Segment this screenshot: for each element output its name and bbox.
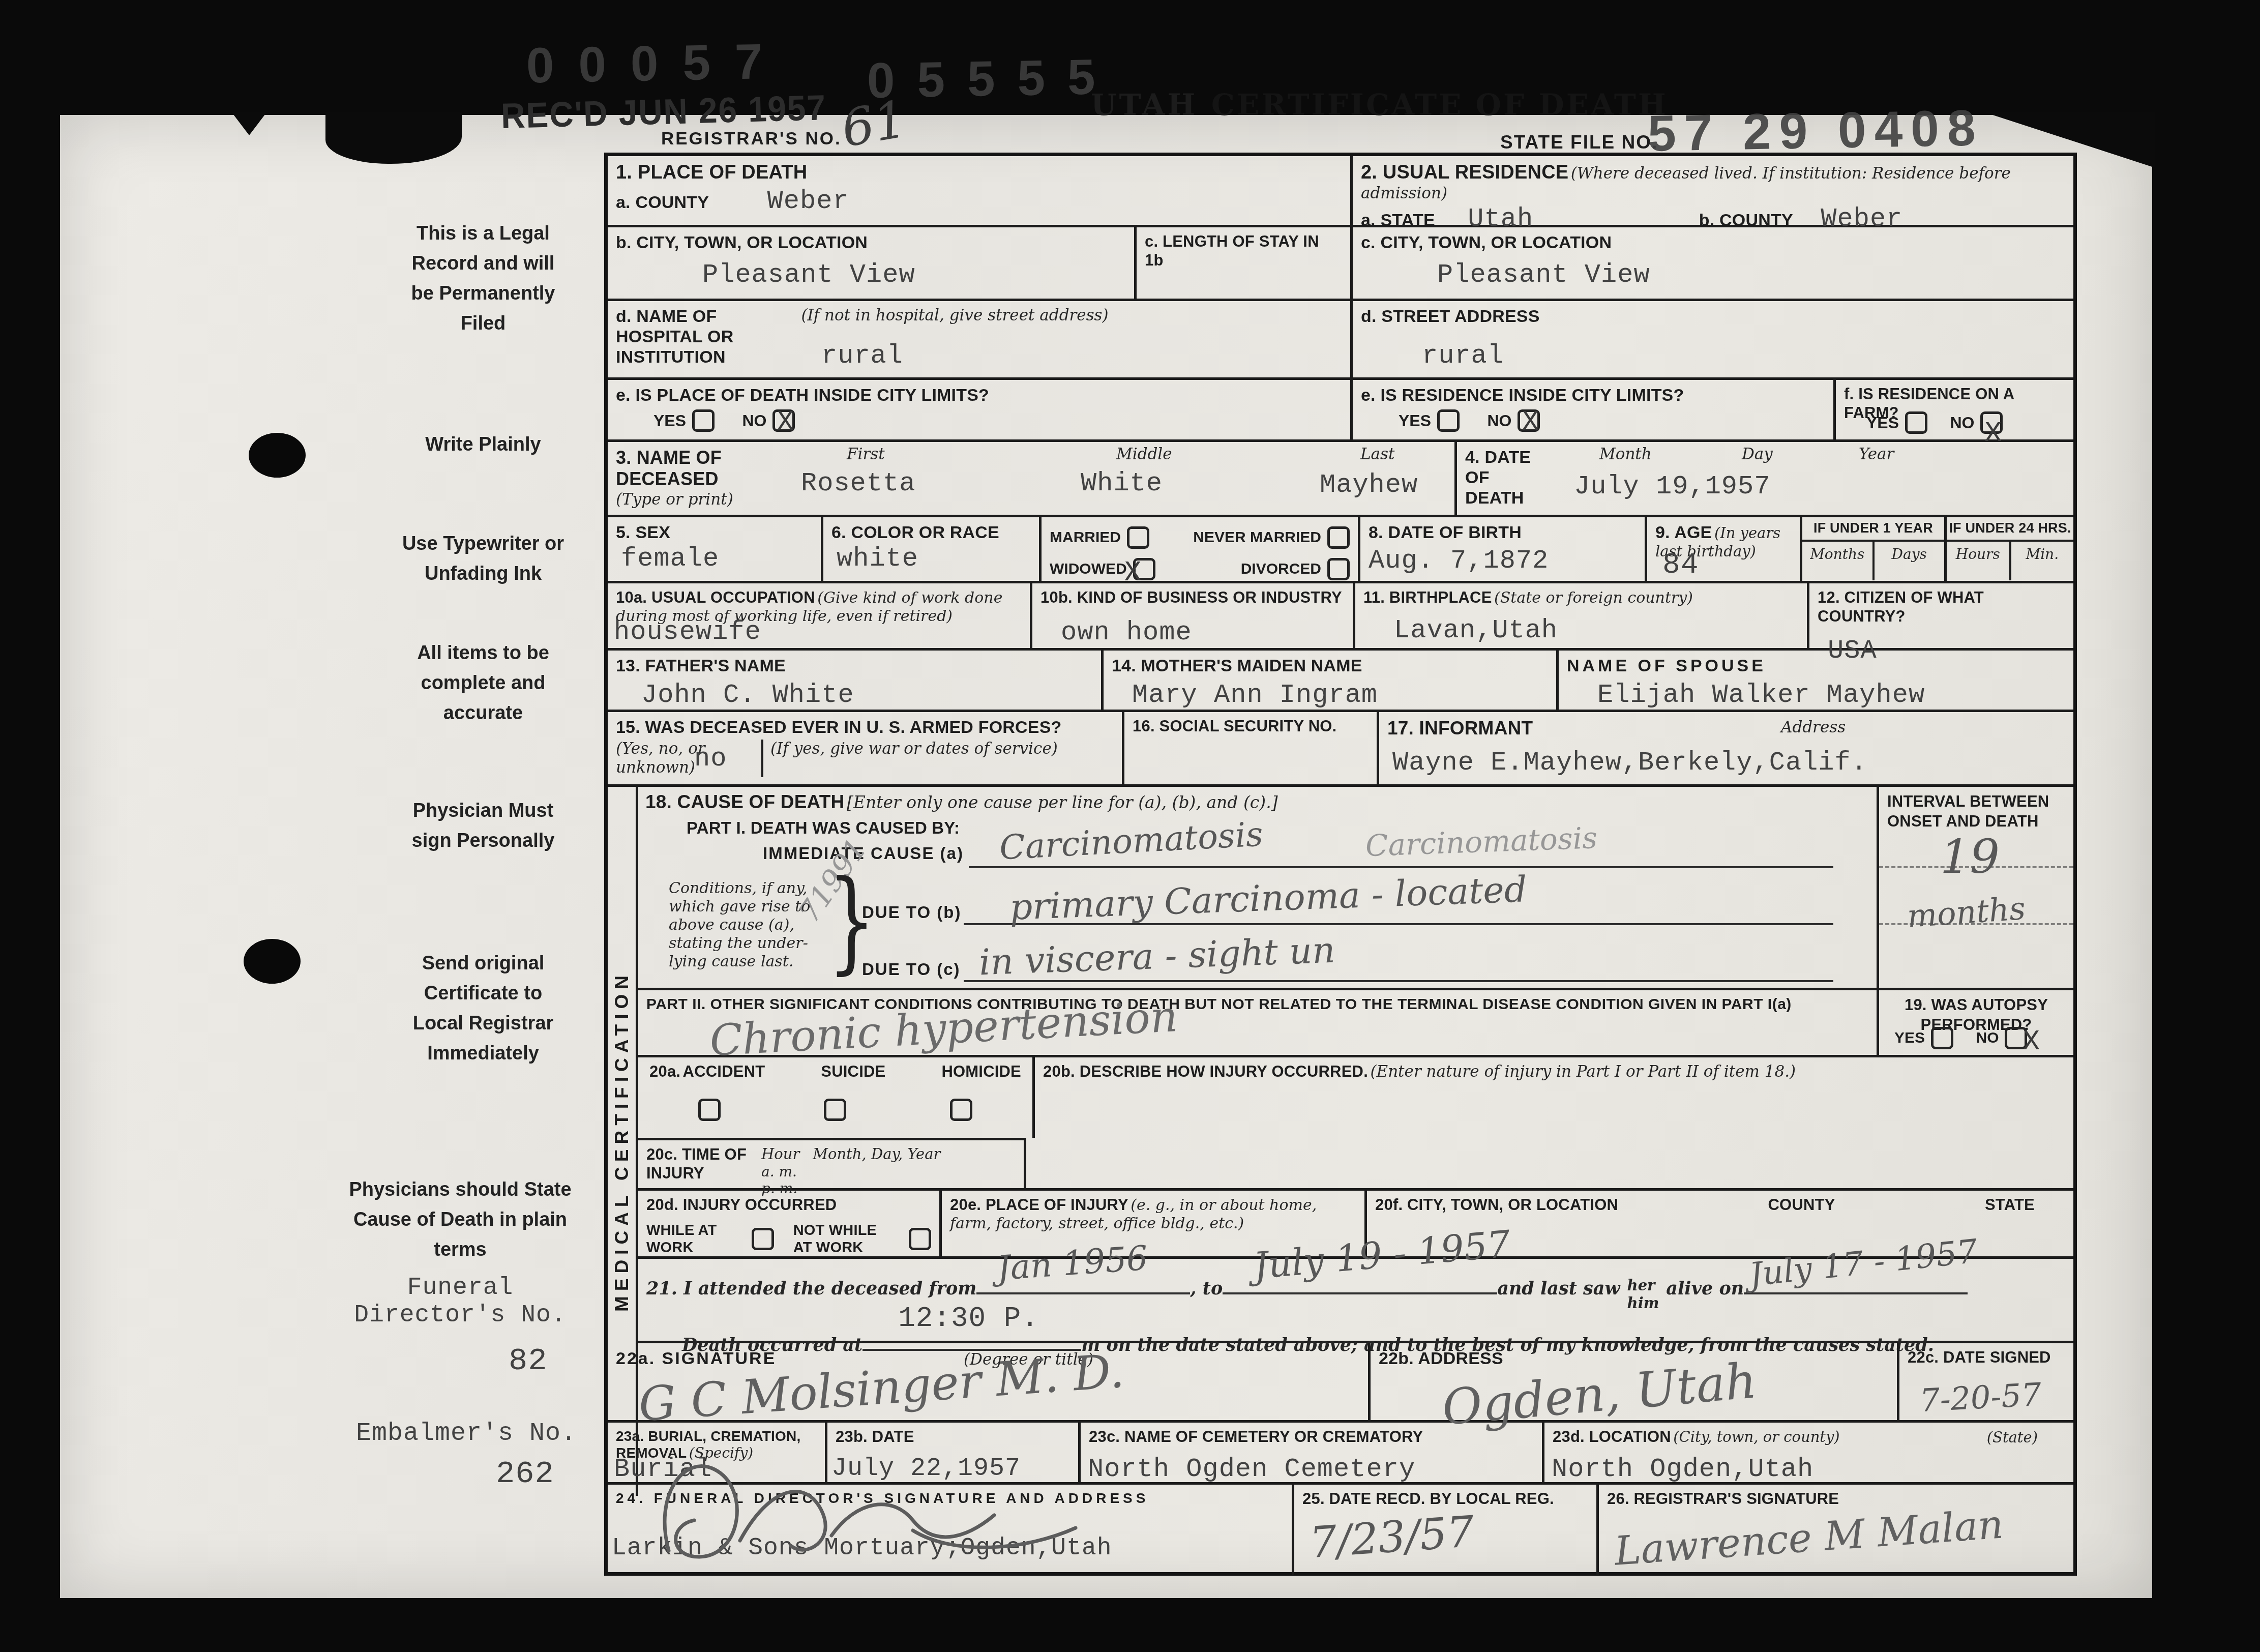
- hospital-value: rural: [821, 341, 903, 371]
- field-age-under-1-year: IF UNDER 1 YEAR Months Days: [1802, 517, 1947, 581]
- sex-label: 5. SEX: [616, 522, 813, 543]
- forces-value: no: [694, 744, 727, 774]
- row-time-of-injury: 20c. TIME OF INJURY Hour a. m. p. m. Mon…: [638, 1138, 2073, 1191]
- row-cause-of-death: 18. CAUSE OF DEATH [Enter only one cause…: [638, 787, 2073, 990]
- injury-c-label: 20c. TIME OF INJURY: [646, 1145, 748, 1197]
- no-label: NO: [1950, 414, 1974, 432]
- married-checkbox: [1127, 526, 1149, 549]
- mother-label: 14. MOTHER'S MAIDEN NAME: [1112, 656, 1548, 676]
- homicide-label: HOMICIDE: [941, 1063, 1021, 1081]
- field-hospital: d. NAME OF HOSPITAL OR INSTITUTION (If n…: [608, 301, 1353, 377]
- field-place-city: b. CITY, TOWN, OR LOCATION Pleasant View: [608, 227, 1137, 299]
- suicide-label: SUICIDE: [821, 1063, 885, 1081]
- place-county-label: a. COUNTY: [616, 193, 709, 212]
- margin-note-send-original: Send original Certificate to Local Regis…: [402, 949, 564, 1069]
- sex-value: female: [621, 544, 813, 574]
- race-label: 6. COLOR OR RACE: [831, 522, 1031, 543]
- business-label: 10b. KIND OF BUSINESS OR INDUSTRY: [1040, 588, 1345, 607]
- registrar-no-label: REGISTRAR'S NO.: [661, 128, 842, 149]
- embalmers-no-value: 262: [496, 1456, 554, 1492]
- x-mark: X: [777, 406, 794, 438]
- row-burial: 23a. BURIAL, CREMATION, REMOVAL (Specify…: [608, 1423, 2073, 1485]
- name-note: (Type or print): [616, 490, 768, 509]
- days-label: Days: [1875, 542, 1945, 580]
- forces-note2: (If yes, give war or dates of service): [763, 740, 1058, 777]
- field-cemetery: 23c. NAME OF CEMETERY OR CREMATORY North…: [1081, 1423, 1544, 1482]
- field-color-or-race: 6. COLOR OR RACE white: [823, 517, 1042, 581]
- residence-limits-yes-checkbox: [1437, 409, 1460, 432]
- field-describe-injury: 20b. DESCRIBE HOW INJURY OCCURRED. (Ente…: [1035, 1057, 2073, 1138]
- field-sex: 5. SEX female: [608, 517, 823, 581]
- mother-value: Mary Ann Ingram: [1132, 680, 1548, 710]
- occupation-value: housewife: [614, 617, 761, 647]
- row-part2-autopsy: PART II. OTHER SIGNIFICANT CONDITIONS CO…: [638, 990, 2073, 1057]
- death-date-day: Day: [1742, 445, 1773, 464]
- yes-label: YES: [1866, 414, 1899, 432]
- first-name-value: Rosetta: [801, 468, 915, 498]
- residence-city-value: Pleasant View: [1437, 260, 2065, 290]
- cemetery-value: North Ogden Cemetery: [1088, 1454, 1415, 1484]
- birthplace-label: 11. BIRTHPLACE: [1363, 588, 1492, 606]
- date-signed-label: 22c. DATE SIGNED: [1908, 1348, 2065, 1367]
- signature-label: 22a. SIGNATURE: [616, 1349, 776, 1368]
- autopsy-yes-checkbox: [1931, 1027, 1953, 1049]
- name-title: 3. NAME OF DECEASED: [616, 447, 768, 490]
- funeral-directors-no-value: 82: [509, 1343, 547, 1379]
- occupation-label: 10a. USUAL OCCUPATION: [616, 588, 815, 606]
- cemetery-location-note: (City, town, or county): [1673, 1428, 1839, 1445]
- field-date-of-death: 4. DATE OF DEATH Month Day Year July 19,…: [1457, 442, 2073, 515]
- field-date-received: 25. DATE RECD. BY LOCAL REG. 7/23/57: [1294, 1485, 1599, 1575]
- yes-label: YES: [1399, 411, 1431, 430]
- field-length-of-stay: c. LENGTH OF STAY IN 1b: [1137, 227, 1353, 299]
- field-accident-suicide-homicide: 20a. ACCIDENT SUICIDE HOMICIDE: [638, 1057, 1035, 1138]
- field-burial-date: 23b. DATE July 22,1957: [827, 1423, 1081, 1482]
- field-place-of-death: 1. PLACE OF DEATH a. COUNTY Weber: [608, 156, 1353, 225]
- burial-value: Burial: [614, 1454, 712, 1484]
- first-name-header: First: [847, 445, 885, 464]
- registrar-signature-value: Lawrence M Malan: [1613, 1501, 2005, 1574]
- street-address-label: d. STREET ADDRESS: [1361, 306, 2065, 327]
- x-mark: X: [1522, 406, 1539, 438]
- field-age-under-24-hrs: IF UNDER 24 HRS. Hours Min.: [1947, 517, 2073, 581]
- farm-yes-checkbox: [1905, 411, 1927, 434]
- not-while-at-work-checkbox: [909, 1228, 931, 1250]
- no-label: NO: [1487, 411, 1511, 430]
- cemetery-location-label: 23d. LOCATION: [1553, 1428, 1671, 1445]
- funeral-director-label: 24. FUNERAL DIRECTOR'S SIGNATURE AND ADD…: [616, 1490, 1284, 1507]
- death-date-month: Month: [1599, 445, 1652, 464]
- place-city-label: b. CITY, TOWN, OR LOCATION: [616, 232, 1126, 253]
- field-burial-type: 23a. BURIAL, CREMATION, REMOVAL (Specify…: [608, 1423, 827, 1482]
- margin-note-typewriter: Use Typewriter or Unfading Ink: [392, 529, 575, 589]
- interval-value-unit: months: [1906, 890, 2027, 935]
- last-name-value: Mayhew: [1320, 470, 1418, 500]
- birth-date-label: 8. DATE OF BIRTH: [1369, 522, 1637, 543]
- margin-note-legal-record: This is a Legal Record and will be Perma…: [402, 219, 564, 339]
- injury-f-label: 20f. CITY, TOWN, OR LOCATION: [1375, 1196, 1618, 1215]
- serial-number-stamp-right: 05555: [867, 48, 1118, 110]
- injury-f-state: STATE: [1985, 1196, 2035, 1215]
- injury-c-hour: Hour: [761, 1145, 799, 1163]
- due-b-label: DUE TO (b): [862, 903, 961, 923]
- death-date-value: July 19,1957: [1574, 471, 1770, 501]
- attended-her: her: [1627, 1277, 1659, 1294]
- never-married-label: NEVER MARRIED: [1193, 529, 1321, 546]
- field-residence-farm: f. IS RESIDENCE ON A FARM? YES NOX: [1836, 380, 2073, 439]
- row-funeral-director: 24. FUNERAL DIRECTOR'S SIGNATURE AND ADD…: [608, 1485, 2073, 1575]
- interval-label: INTERVAL BETWEEN ONSET AND DEATH: [1887, 792, 2065, 832]
- injury-d-label: 20d. INJURY OCCURRED: [646, 1196, 931, 1215]
- residence-title: 2. USUAL RESIDENCE: [1361, 162, 1568, 183]
- punch-hole-top: [249, 433, 306, 478]
- field-father: 13. FATHER'S NAME John C. White: [608, 651, 1104, 710]
- while-at-work-checkbox: [752, 1228, 774, 1250]
- field-signature: 22a. SIGNATURE (Degree or title) G C Mol…: [608, 1343, 1371, 1420]
- accident-label: ACCIDENT: [683, 1063, 765, 1080]
- attended-time-value: 12:30 P.: [898, 1302, 1039, 1335]
- place-city-value: Pleasant View: [702, 260, 1126, 290]
- cause-title: 18. CAUSE OF DEATH: [645, 791, 844, 812]
- scanned-death-certificate: This is a Legal Record and will be Perma…: [0, 0, 2260, 1652]
- middle-name-header: Middle: [1116, 445, 1172, 464]
- cause-title-note: [Enter only one cause per line for (a), …: [847, 792, 1278, 812]
- funeral-director-value: Larkin & Sons Mortuary;Ogden,Utah: [612, 1535, 1112, 1562]
- injury-e-label: 20e. PLACE OF INJURY: [950, 1196, 1128, 1214]
- certificate-form: 1. PLACE OF DEATH a. COUNTY Weber 2. USU…: [604, 153, 2077, 1576]
- field-autopsy: 19. WAS AUTOPSY PERFORMED? YES NOX: [1879, 990, 2073, 1055]
- min-label: Min.: [2011, 542, 2074, 580]
- last-name-header: Last: [1360, 445, 1394, 464]
- injury-a-no: 20a.: [649, 1063, 680, 1080]
- ssn-label: 16. SOCIAL SECURITY NO.: [1133, 717, 1369, 736]
- middle-name-value: White: [1081, 468, 1163, 498]
- attended-p1: 21. I attended the deceased from: [646, 1278, 976, 1299]
- under-24-hrs-label: IF UNDER 24 HRS.: [1947, 517, 2073, 542]
- field-usual-residence: 2. USUAL RESIDENCE (Where deceased lived…: [1353, 156, 2073, 225]
- title-utah: UTAH: [1091, 87, 1198, 122]
- field-funeral-director: 24. FUNERAL DIRECTOR'S SIGNATURE AND ADD…: [608, 1485, 1294, 1575]
- due-c-value: in viscera - sight un: [978, 929, 1336, 983]
- accident-checkbox: [698, 1099, 721, 1121]
- row-parents-spouse: 13. FATHER'S NAME John C. White 14. MOTH…: [608, 651, 2073, 712]
- hospital-note: (If not in hospital, give street address…: [801, 306, 1108, 324]
- months-label: Months: [1802, 542, 1875, 580]
- divorced-checkbox: [1327, 558, 1350, 580]
- forces-note1: (Yes, no, or unknown): [616, 740, 763, 777]
- spouse-value: Elijah Walker Mayhew: [1597, 680, 2065, 710]
- married-label: MARRIED: [1050, 529, 1121, 546]
- attended-p4: alive on: [1666, 1278, 1744, 1299]
- place-title: 1. PLACE OF DEATH: [616, 161, 1342, 184]
- age-value: 84: [1662, 549, 1699, 582]
- serial-number-stamp-left: 00057: [526, 33, 787, 95]
- field-date-of-birth: 8. DATE OF BIRTH Aug. 7,1872: [1360, 517, 1647, 581]
- field-injury-occurred: 20d. INJURY OCCURRED WHILE AT WORK NOT W…: [638, 1191, 942, 1256]
- length-of-stay-label: c. LENGTH OF STAY IN 1b: [1145, 232, 1342, 270]
- residence-limits-no-checkbox: X: [1518, 409, 1540, 432]
- birth-date-value: Aug. 7,1872: [1369, 546, 1637, 576]
- informant-address-label: Address: [1781, 718, 1846, 737]
- certificate-title: UTAH CERTIFICATE OF DEATH: [1091, 87, 1668, 122]
- farm-no-checkbox: X: [1980, 411, 2003, 434]
- father-label: 13. FATHER'S NAME: [616, 656, 1093, 676]
- row-forces-informant: 15. WAS DECEASED EVER IN U. S. ARMED FOR…: [608, 712, 2073, 787]
- punch-hole-bottom: [244, 939, 301, 984]
- cemetery-location-state-note: (State): [1987, 1429, 2038, 1447]
- hours-label: Hours: [1947, 542, 2011, 580]
- immediate-cause-pencil: Carcinomatosis: [1365, 820, 1598, 863]
- attended-him: him: [1627, 1294, 1659, 1312]
- funeral-directors-no-label: Funeral Director's No.: [351, 1274, 570, 1329]
- field-informant: 17. INFORMANT Address Wayne E.Mayhew,Ber…: [1379, 712, 2073, 784]
- place-limits-no-checkbox: X: [772, 409, 795, 432]
- death-date-year: Year: [1859, 445, 1894, 464]
- birthplace-note: (State or foreign country): [1494, 589, 1693, 607]
- field-attended-statement: 21. I attended the deceased from Jan 195…: [638, 1259, 2073, 1341]
- field-signature-address: 22b. ADDRESS Ogden, Utah: [1371, 1343, 1899, 1420]
- field-date-signed: 22c. DATE SIGNED 7-20-57: [1899, 1343, 2073, 1420]
- age-label: 9. AGE: [1655, 523, 1712, 542]
- injury-c-mdy: Month, Day, Year: [813, 1145, 940, 1197]
- due-c-label: DUE TO (c): [862, 960, 961, 980]
- birthplace-value: Lavan,Utah: [1394, 615, 1799, 645]
- conditions-note: Conditions, if any, which gave rise to a…: [669, 879, 821, 971]
- row-city-town: b. CITY, TOWN, OR LOCATION Pleasant View…: [608, 227, 2073, 301]
- cemetery-location-value: North Ogden,Utah: [1552, 1454, 1813, 1484]
- field-age: 9. AGE (In years last birthday) 84: [1647, 517, 1802, 581]
- part1-label: PART I. DEATH WAS CAUSED BY:: [687, 818, 960, 838]
- row-hospital-street: d. NAME OF HOSPITAL OR INSTITUTION (If n…: [608, 301, 2073, 380]
- field-place-city-limits: e. IS PLACE OF DEATH INSIDE CITY LIMITS?…: [608, 380, 1353, 439]
- forces-label: 15. WAS DECEASED EVER IN U. S. ARMED FOR…: [616, 717, 1114, 737]
- place-limits-yes-checkbox: [692, 409, 715, 432]
- attended-p2: , to: [1190, 1278, 1223, 1299]
- row-place-residence: 1. PLACE OF DEATH a. COUNTY Weber 2. USU…: [608, 156, 2073, 227]
- immediate-cause-ink: Carcinomatosis: [998, 814, 1264, 867]
- field-residence-city-limits: e. IS RESIDENCE INSIDE CITY LIMITS? YES …: [1353, 380, 1836, 439]
- margin-note-plain-terms: Physicians should State Cause of Death i…: [346, 1175, 575, 1265]
- informant-value: Wayne E.Mayhew,Berkely,Calif.: [1392, 748, 2065, 778]
- widowed-label: WIDOWED: [1050, 560, 1127, 577]
- date-received-value: 7/23/57: [1308, 1507, 1476, 1568]
- field-citizen: 12. CITIZEN OF WHAT COUNTRY? USA: [1809, 583, 2073, 648]
- field-name-of-deceased: 3. NAME OF DECEASED (Type or print) Firs…: [608, 442, 1457, 515]
- field-mother: 14. MOTHER'S MAIDEN NAME Mary Ann Ingram: [1104, 651, 1559, 710]
- injury-f-county: COUNTY: [1768, 1196, 1835, 1215]
- registrar-no-handwritten: 61: [837, 89, 911, 159]
- injury-b-note: (Enter nature of injury in Part I or Par…: [1370, 1063, 1796, 1081]
- margin-note-all-items: All items to be complete and accurate: [402, 638, 564, 728]
- row-accident: 20a. ACCIDENT SUICIDE HOMICIDE 20b. DESC…: [638, 1057, 2073, 1138]
- field-business: 10b. KIND OF BUSINESS OR INDUSTRY own ho…: [1032, 583, 1355, 648]
- burial-date-label: 23b. DATE: [836, 1428, 1070, 1447]
- never-married-checkbox: [1327, 526, 1350, 549]
- field-interval: INTERVAL BETWEEN ONSET AND DEATH 19 mont…: [1879, 787, 2073, 988]
- homicide-checkbox: [950, 1099, 972, 1121]
- medical-certification-label: MEDICAL CERTIFICATION: [611, 970, 633, 1312]
- field-marital-status: MARRIED NEVER MARRIED WIDOWEDX DIVORCED: [1042, 517, 1360, 581]
- informant-label: 17. INFORMANT: [1387, 718, 1533, 739]
- while-at-work-label: WHILE AT WORK: [646, 1222, 733, 1256]
- date-received-label: 25. DATE RECD. BY LOCAL REG.: [1302, 1490, 1588, 1509]
- attended-p3: and last saw: [1497, 1278, 1620, 1299]
- spouse-label: NAME OF SPOUSE: [1567, 656, 2065, 676]
- field-birthplace: 11. BIRTHPLACE (State or foreign country…: [1355, 583, 1809, 648]
- field-part2: PART II. OTHER SIGNIFICANT CONDITIONS CO…: [638, 990, 1879, 1055]
- embalmers-no-label: Embalmer's No.: [356, 1419, 577, 1448]
- divorced-label: DIVORCED: [1241, 560, 1321, 577]
- injury-c-am: a. m.: [761, 1163, 799, 1181]
- state-file-no-label: STATE FILE NO.: [1500, 131, 1658, 154]
- burial-date-value: July 22,1957: [831, 1454, 1021, 1483]
- field-cause-of-death: 18. CAUSE OF DEATH [Enter only one cause…: [638, 787, 1879, 988]
- race-value: white: [837, 544, 1031, 574]
- field-occupation: 10a. USUAL OCCUPATION (Give kind of work…: [608, 583, 1032, 648]
- field-registrar-signature: 26. REGISTRAR'S SIGNATURE Lawrence M Mal…: [1599, 1485, 2073, 1575]
- field-street-address: d. STREET ADDRESS rural: [1353, 301, 2073, 377]
- yes-label: YES: [1894, 1029, 1925, 1046]
- row-city-limits: e. IS PLACE OF DEATH INSIDE CITY LIMITS?…: [608, 380, 2073, 442]
- due-b-value: primary Carcinoma - located: [1009, 868, 1528, 928]
- business-value: own home: [1061, 617, 1345, 647]
- field-armed-forces: 15. WAS DECEASED EVER IN U. S. ARMED FOR…: [608, 712, 1124, 784]
- field-spouse: NAME OF SPOUSE Elijah Walker Mayhew: [1559, 651, 2073, 710]
- no-label: NO: [742, 411, 766, 430]
- street-address-value: rural: [1422, 341, 2065, 371]
- row-sex-race-marital: 5. SEX female 6. COLOR OR RACE white MAR…: [608, 517, 2073, 583]
- suicide-checkbox: [824, 1099, 846, 1121]
- field-residence-city: c. CITY, TOWN, OR LOCATION Pleasant View: [1353, 227, 2073, 299]
- field-time-of-injury: 20c. TIME OF INJURY Hour a. m. p. m. Mon…: [638, 1138, 1026, 1188]
- no-label: NO: [1976, 1029, 1999, 1046]
- autopsy-no-checkbox: X: [2005, 1027, 2027, 1049]
- father-value: John C. White: [641, 680, 1093, 710]
- x-mark: X: [2023, 1025, 2040, 1058]
- not-while-at-work-label: NOT WHILE AT WORK: [793, 1222, 890, 1256]
- field-cemetery-location: 23d. LOCATION (City, town, or county) (S…: [1544, 1423, 2073, 1482]
- hospital-label: d. NAME OF HOSPITAL OR INSTITUTION: [616, 306, 799, 367]
- place-county-value: Weber: [767, 186, 849, 216]
- row-signature: 22a. SIGNATURE (Degree or title) G C Mol…: [608, 1343, 2073, 1423]
- title-certificate-of-death: CERTIFICATE OF DEATH: [1211, 87, 1668, 122]
- margin-note-physician-sign: Physician Must sign Personally: [402, 796, 564, 856]
- row-name-deathdate: 3. NAME OF DECEASED (Type or print) Firs…: [608, 442, 2073, 517]
- widowed-checkbox: X: [1133, 558, 1155, 580]
- row-occupation: 10a. USUAL OCCUPATION (Give kind of work…: [608, 583, 2073, 651]
- injury-b-label: 20b. DESCRIBE HOW INJURY OCCURRED.: [1043, 1063, 1368, 1080]
- place-limits-label: e. IS PLACE OF DEATH INSIDE CITY LIMITS?: [616, 385, 1342, 405]
- field-ssn: 16. SOCIAL SECURITY NO.: [1124, 712, 1379, 784]
- residence-city-label: c. CITY, TOWN, OR LOCATION: [1361, 232, 2065, 253]
- death-date-title: 4. DATE OF DEATH: [1465, 447, 1541, 508]
- field-20b-continued: [1026, 1138, 2073, 1188]
- under-1-year-label: IF UNDER 1 YEAR: [1802, 517, 1944, 542]
- interval-value-number: 19: [1940, 830, 2000, 884]
- row-attended: 21. I attended the deceased from Jan 195…: [638, 1259, 2073, 1343]
- margin-note-write-plainly: Write Plainly: [402, 430, 564, 460]
- citizen-label: 12. CITIZEN OF WHAT COUNTRY?: [1818, 588, 2065, 626]
- residence-limits-label: e. IS RESIDENCE INSIDE CITY LIMITS?: [1361, 385, 1825, 405]
- yes-label: YES: [653, 411, 686, 430]
- date-signed-value: 7-20-57: [1919, 1376, 2042, 1419]
- cemetery-label: 23c. NAME OF CEMETERY OR CREMATORY: [1089, 1428, 1534, 1447]
